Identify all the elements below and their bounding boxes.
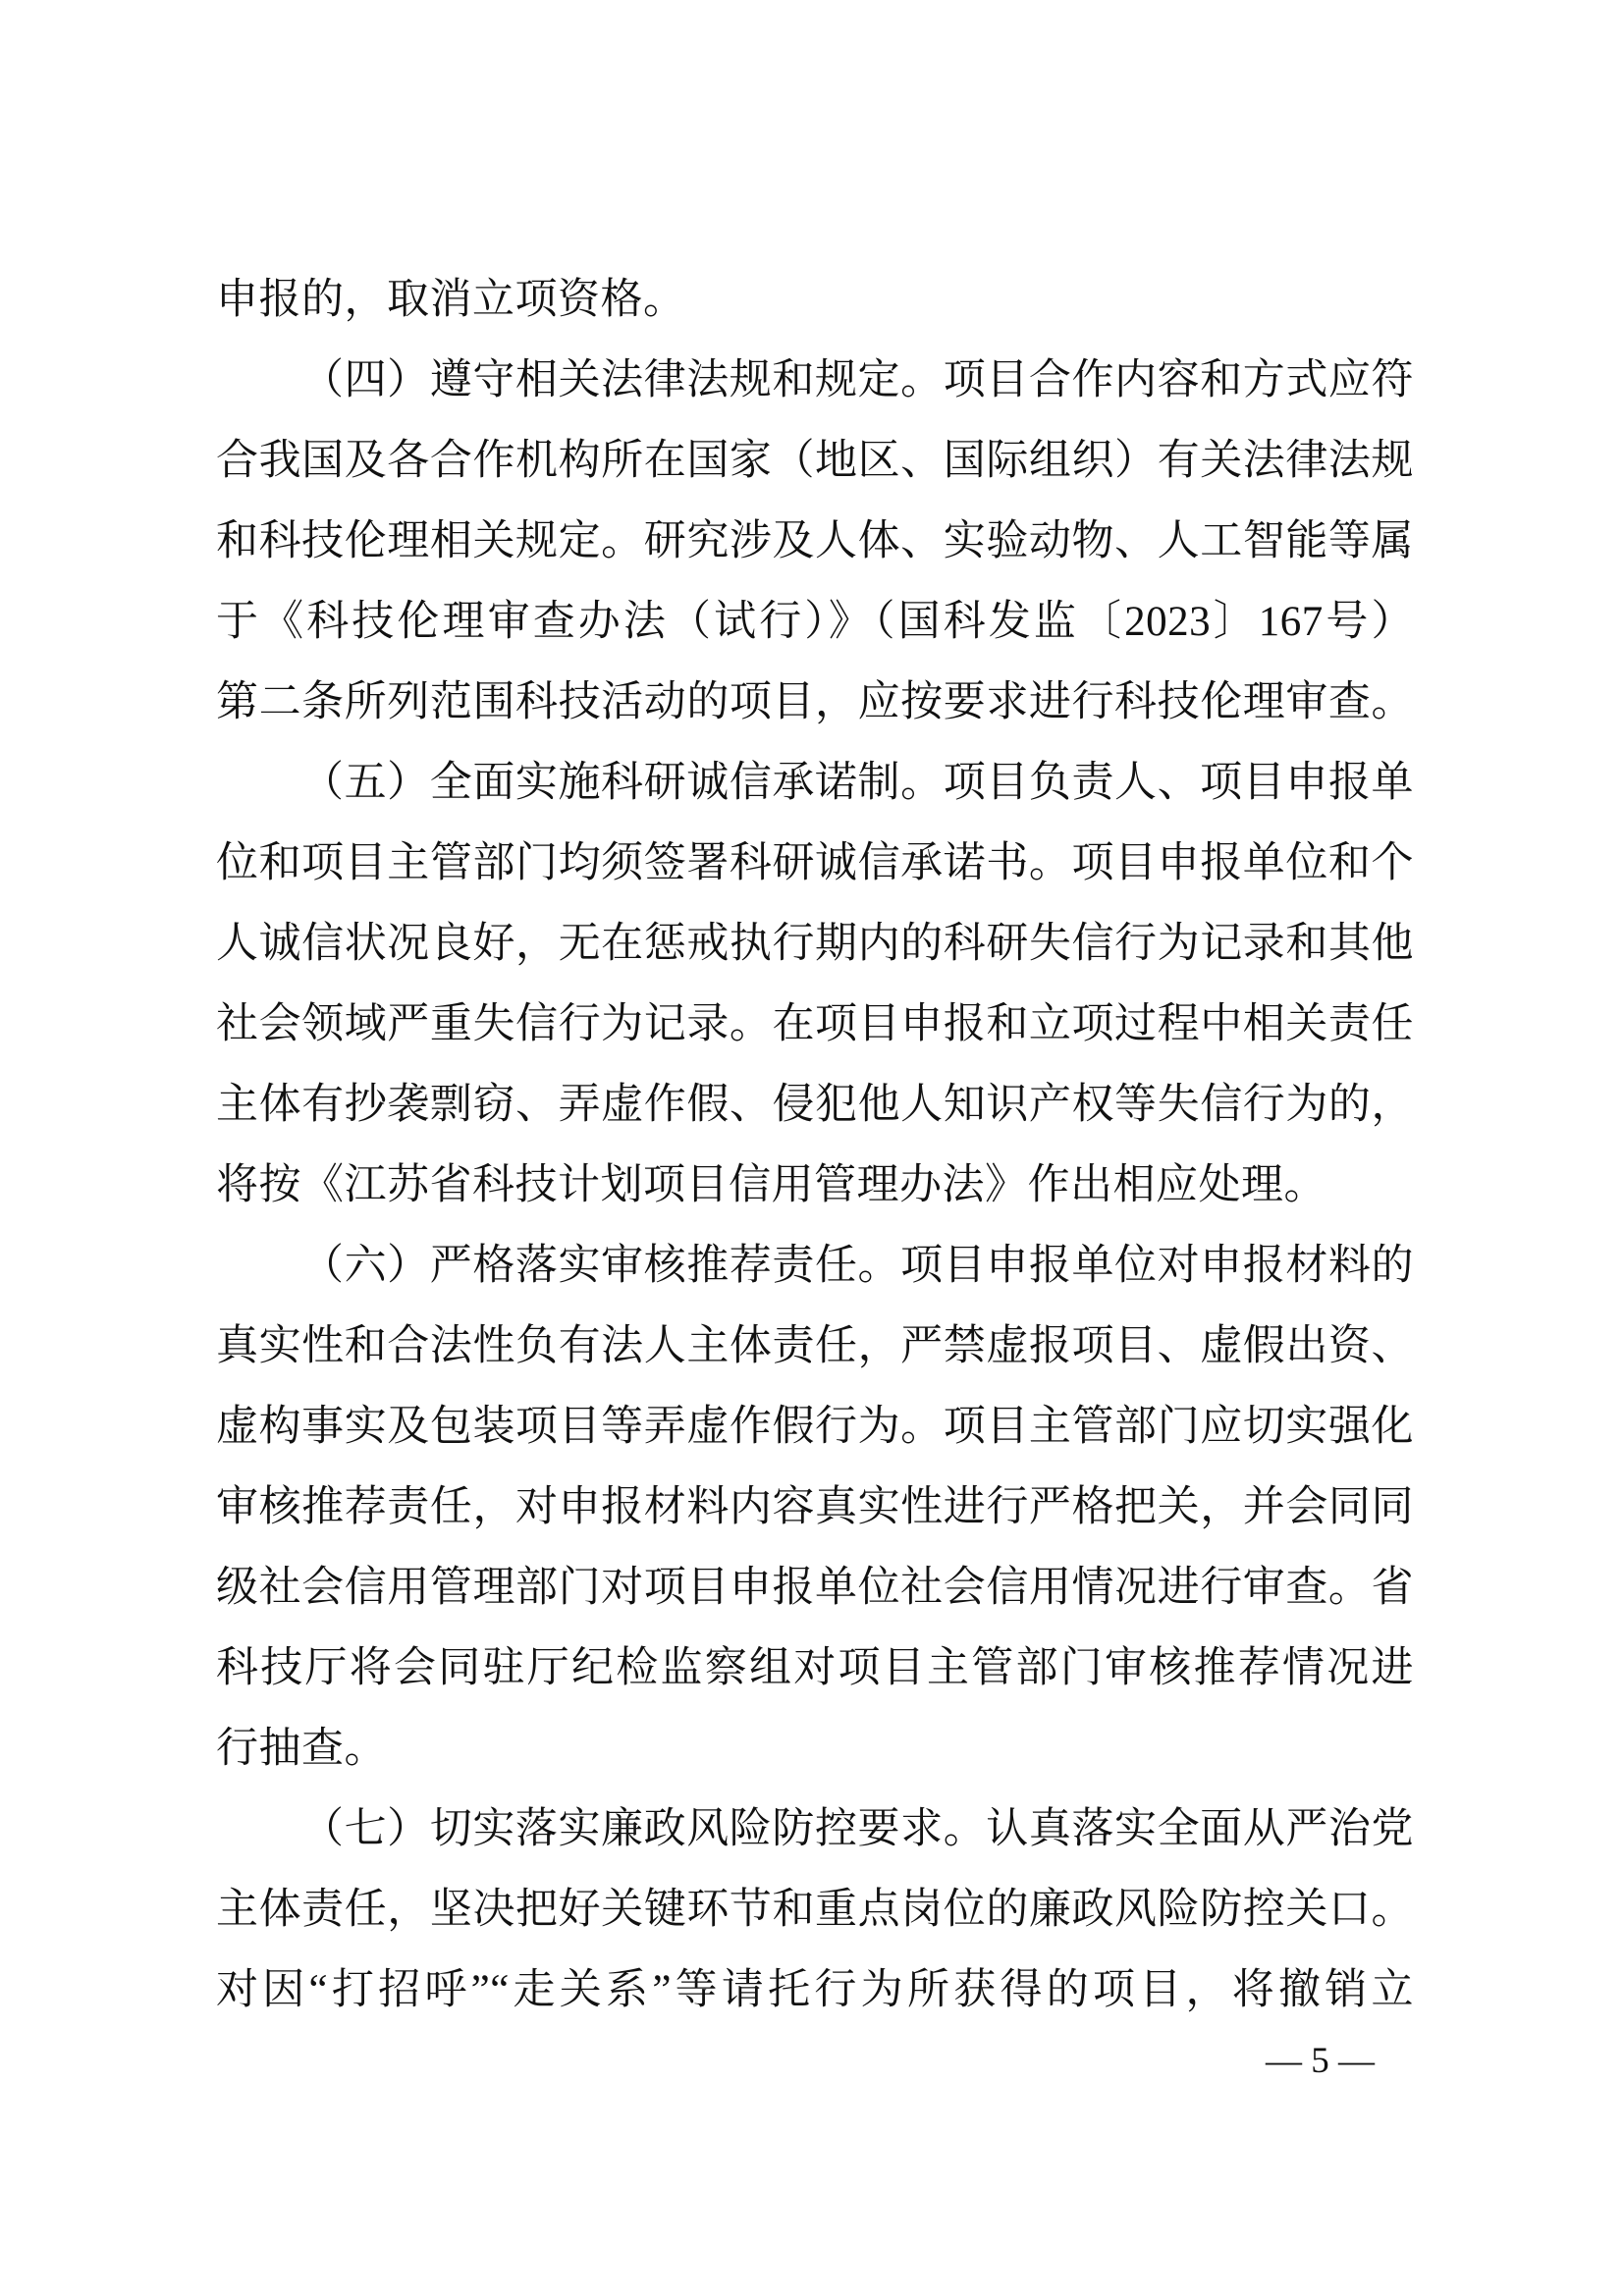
text-line: 真实性和合法性负有法人主体责任，严禁虚报项目、虚假出资、 — [216, 1307, 1414, 1387]
text-line: 位和项目主管部门均须签署科研诚信承诺书。项目申报单位和个 — [216, 824, 1414, 904]
page-number: — 5 — — [1266, 2043, 1375, 2079]
text-line: 对因“打招呼”“走关系”等请托行为所获得的项目，将撤销立 — [216, 1950, 1414, 2031]
text-line: （四）遵守相关法律法规和规定。项目合作内容和方式应符 — [216, 341, 1414, 421]
text-line: 合我国及各合作机构所在国家（地区、国际组织）有关法律法规 — [216, 421, 1414, 502]
text-line: 主体有抄袭剽窃、弄虚作假、侵犯他人知识产权等失信行为的， — [216, 1065, 1414, 1146]
text-line: 行抽查。 — [216, 1709, 1414, 1789]
text-line: 于《科技伦理审查办法（试行）》（国科发监〔2023〕167号） — [216, 582, 1414, 663]
text-line: 人诚信状况良好，无在惩戒执行期内的科研失信行为记录和其他 — [216, 904, 1414, 985]
text-line: 审核推荐责任，对申报材料内容真实性进行严格把关，并会同同 — [216, 1468, 1414, 1548]
text-line: 科技厅将会同驻厅纪检监察组对项目主管部门审核推荐情况进 — [216, 1629, 1414, 1709]
text-line: 级社会信用管理部门对项目申报单位社会信用情况进行审查。省 — [216, 1548, 1414, 1629]
text-line: 社会领域严重失信行为记录。在项目申报和立项过程中相关责任 — [216, 985, 1414, 1065]
text-line: 和科技伦理相关规定。研究涉及人体、实验动物、人工智能等属 — [216, 502, 1414, 582]
text-line: 第二条所列范围科技活动的项目，应按要求进行科技伦理审查。 — [216, 663, 1414, 743]
text-line: 主体责任，坚决把好关键环节和重点岗位的廉政风险防控关口。 — [216, 1870, 1414, 1950]
text-line: （六）严格落实审核推荐责任。项目申报单位对申报材料的 — [216, 1226, 1414, 1307]
text-line: 将按《江苏省科技计划项目信用管理办法》作出相应处理。 — [216, 1146, 1414, 1226]
text-line: 申报的，取消立项资格。 — [216, 260, 1414, 341]
text-line: （七）切实落实廉政风险防控要求。认真落实全面从严治党 — [216, 1789, 1414, 1870]
text-line: （五）全面实施科研诚信承诺制。项目负责人、项目申报单 — [216, 743, 1414, 824]
document-body: 申报的，取消立项资格。（四）遵守相关法律法规和规定。项目合作内容和方式应符合我国… — [216, 260, 1414, 2031]
text-line: 虚构事实及包装项目等弄虚作假行为。项目主管部门应切实强化 — [216, 1387, 1414, 1468]
document-page: 申报的，取消立项资格。（四）遵守相关法律法规和规定。项目合作内容和方式应符合我国… — [0, 0, 1623, 2296]
